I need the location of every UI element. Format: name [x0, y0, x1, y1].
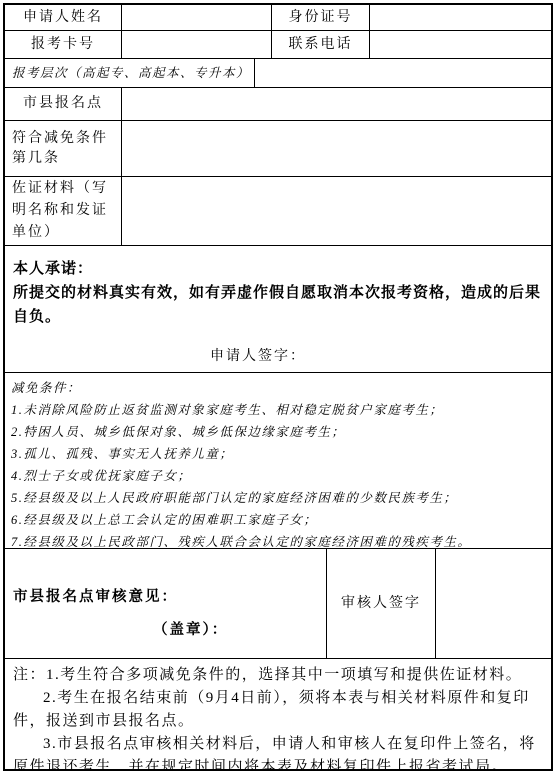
condition-number-label: 符合减免条件第几条	[5, 121, 122, 177]
exemption-item-6: 6.经县级及以上总工会认定的困难职工家庭子女；	[11, 509, 545, 531]
condition-number-value-cell	[122, 121, 551, 177]
note-1: 注：1.考生符合多项减免条件的，选择其中一项填写和提供佐证材料。	[13, 664, 543, 687]
exemption-item-1: 1.未消除风险防止返贫监测对象家庭考生、相对稳定脱贫户家庭考生；	[11, 399, 545, 421]
note-2: 2.考生在报名结束前（9月4日前），须将本表与相关材料原件和复印件，报送到市县报…	[13, 687, 543, 733]
review-opinion-label: 市县报名点审核意见：	[5, 585, 326, 606]
exemption-item-5: 5.经县级及以上人民政府职能部门认定的家庭经济困难的少数民族考生；	[11, 487, 545, 509]
exemption-item-3: 3.孤儿、孤残、事实无人抚养儿童；	[11, 443, 545, 465]
promise-body: 所提交的材料真实有效，如有弄虚作假自愿取消本次报考资格，造成的后果自负。	[13, 281, 543, 329]
exam-card-value-cell	[122, 31, 272, 59]
phone-value-cell	[370, 31, 551, 59]
exemption-item-7: 7.经县级及以上民政部门、残疾人联合会认定的家庭经济困难的残疾考生。	[11, 531, 545, 549]
id-number-value-cell	[370, 5, 551, 31]
registration-site-label: 市县报名点	[5, 88, 122, 121]
registration-site-value-cell	[122, 88, 551, 121]
exam-level-label: 报考层次（高起专、高起本、专升本）	[5, 59, 255, 88]
reviewer-signature-value-cell	[436, 549, 551, 659]
exemption-application-form: 申请人姓名 身份证号 报考卡号 联系电话 报考层次（高起专、高起本、专升本） 市…	[0, 0, 557, 774]
exemption-title: 减免条件：	[11, 377, 545, 399]
promise-title: 本人承诺：	[13, 257, 543, 281]
evidence-value-cell	[122, 177, 551, 246]
exemption-item-2: 2.特困人员、城乡低保对象、城乡低保边缘家庭考生；	[11, 421, 545, 443]
phone-label: 联系电话	[272, 31, 370, 59]
id-number-label: 身份证号	[272, 5, 370, 31]
form-table: 申请人姓名 身份证号 报考卡号 联系电话 报考层次（高起专、高起本、专升本） 市…	[3, 3, 553, 771]
applicant-name-value-cell	[122, 5, 272, 31]
exam-level-value-cell	[255, 59, 551, 88]
promise-section: 本人承诺： 所提交的材料真实有效，如有弄虚作假自愿取消本次报考资格，造成的后果自…	[5, 246, 551, 373]
exemption-conditions-section: 减免条件： 1.未消除风险防止返贫监测对象家庭考生、相对稳定脱贫户家庭考生； 2…	[5, 373, 551, 549]
notes-section: 注：1.考生符合多项减免条件的，选择其中一项填写和提供佐证材料。 2.考生在报名…	[5, 659, 551, 769]
seal-label: （盖章）：	[5, 618, 326, 639]
review-opinion-cell: 市县报名点审核意见： （盖章）：	[5, 549, 327, 659]
note-3: 3.市县报名点审核相关材料后，申请人和审核人在复印件上签名，将原件退还考生，并在…	[13, 733, 543, 769]
reviewer-signature-label: 审核人签字	[327, 549, 436, 659]
applicant-signature-label: 申请人签字：	[210, 345, 543, 365]
evidence-label: 佐证材料（写明名称和发证单位）	[5, 177, 122, 246]
exam-card-label: 报考卡号	[5, 31, 122, 59]
exemption-item-4: 4.烈士子女或优抚家庭子女；	[11, 465, 545, 487]
applicant-name-label: 申请人姓名	[5, 5, 122, 31]
